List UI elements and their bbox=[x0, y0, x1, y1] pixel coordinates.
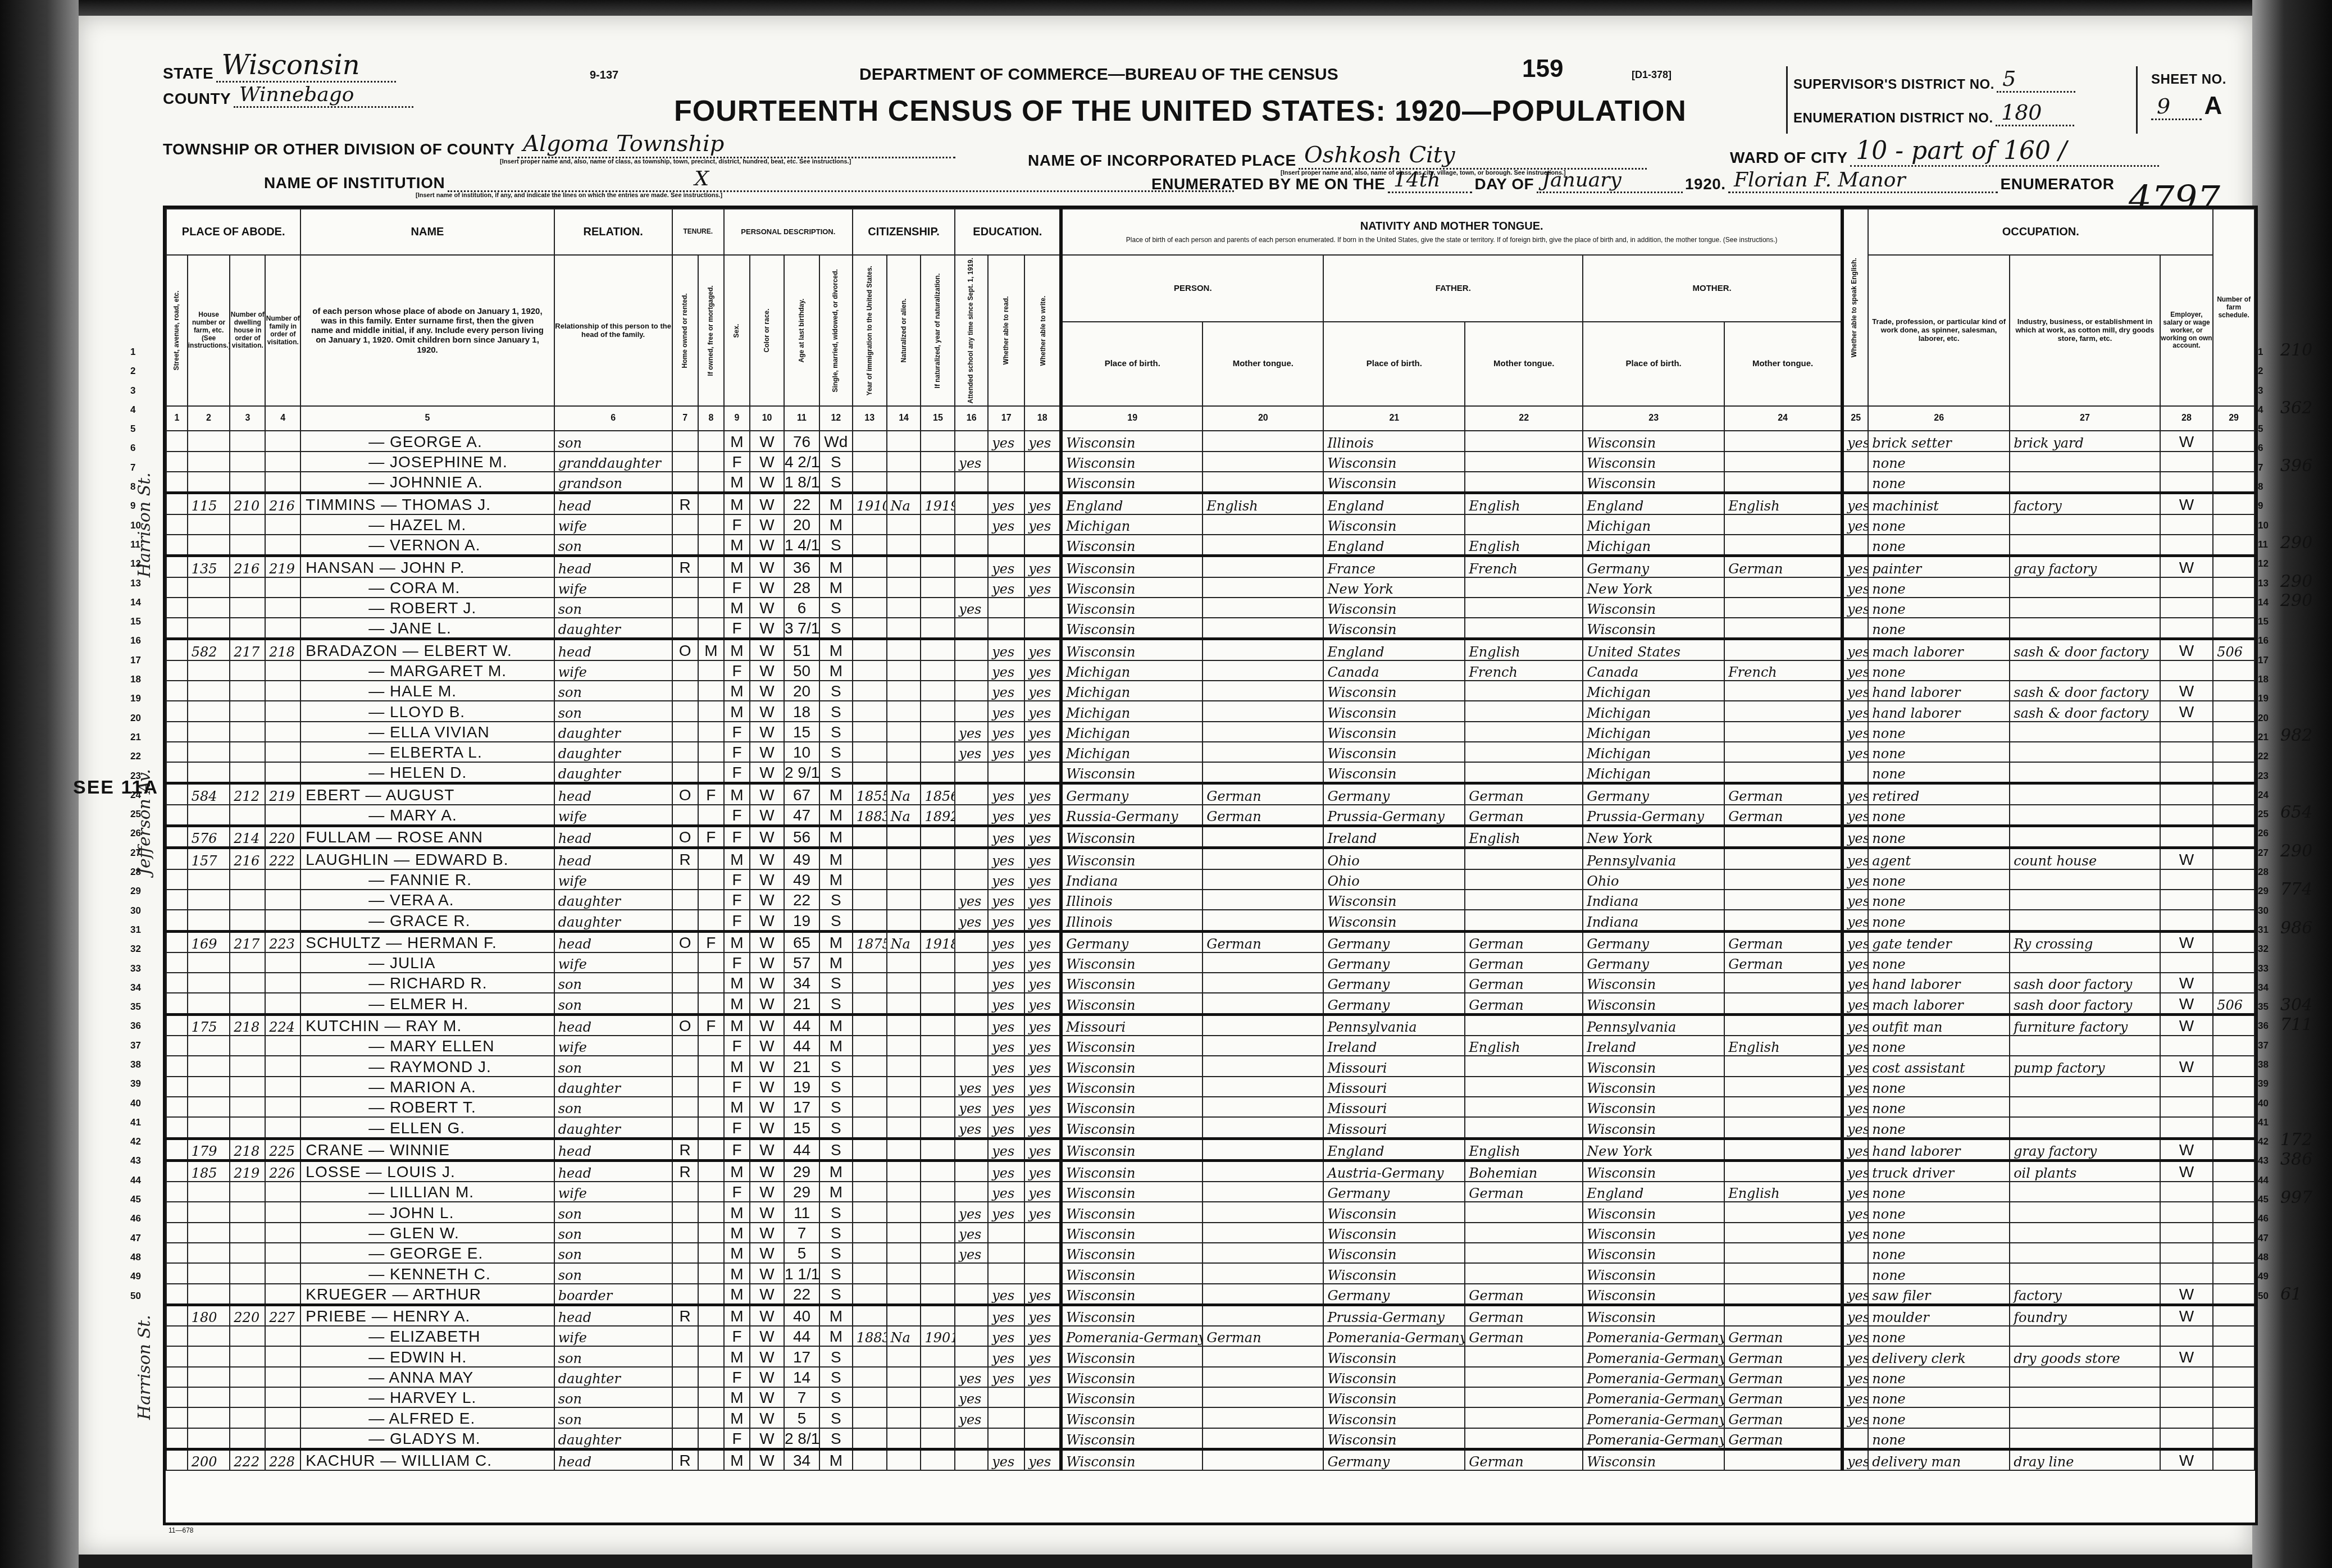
cell-marital: S bbox=[819, 1428, 853, 1450]
cell-dwelling: 222 bbox=[230, 1449, 265, 1470]
cell-farm bbox=[2213, 598, 2254, 618]
cell-sex: M bbox=[724, 1346, 750, 1366]
cell-f-tongue bbox=[1465, 762, 1583, 783]
cell-name: KRUEGER — ARTHUR bbox=[300, 1284, 554, 1305]
cell-f-tongue bbox=[1465, 1097, 1583, 1117]
line-number: 8 bbox=[2258, 477, 2269, 496]
cell-immig bbox=[853, 890, 887, 910]
cell-race: W bbox=[750, 952, 784, 973]
cell-read bbox=[988, 1428, 1024, 1450]
table-row: — MARGARET M.wifeFW50MyesyesMichiganCana… bbox=[166, 660, 2254, 681]
cell-school bbox=[955, 1263, 988, 1283]
cell-write: yes bbox=[1024, 1367, 1061, 1387]
cell-marital: M bbox=[819, 1182, 853, 1202]
cell-trade: none bbox=[1868, 535, 2010, 556]
enumerator-name: Florian F. Manor bbox=[1728, 168, 1998, 193]
cell-race: W bbox=[750, 1202, 784, 1222]
cell-marital: S bbox=[819, 1077, 853, 1097]
cell-age: 44 bbox=[784, 1326, 819, 1346]
cell-street bbox=[166, 1160, 188, 1182]
cell-industry: furniture factory bbox=[2010, 1014, 2160, 1036]
cell-nat: Na bbox=[887, 1326, 921, 1346]
header-col-21: Place of birth. bbox=[1323, 322, 1465, 407]
cell-m-pob: New York bbox=[1583, 577, 1724, 598]
cell-sex: F bbox=[724, 1117, 750, 1138]
table-row: 180220227PRIEBE — HENRY A.headRMW40Myesy… bbox=[166, 1305, 2254, 1326]
cell-race: W bbox=[750, 1428, 784, 1450]
cell-street bbox=[166, 1326, 188, 1346]
cell-tongue bbox=[1203, 1182, 1323, 1202]
cell-relation: son bbox=[554, 1346, 672, 1366]
cell-nat bbox=[887, 1367, 921, 1387]
footer-code: 11—678 bbox=[168, 1526, 193, 1534]
cell-tenure: R bbox=[672, 1305, 698, 1326]
cell-age: 36 bbox=[784, 556, 819, 577]
cell-sex: M bbox=[724, 993, 750, 1014]
cell-industry bbox=[2010, 1326, 2160, 1346]
cell-class bbox=[2160, 1117, 2213, 1138]
cell-f-pob: Wisconsin bbox=[1323, 1387, 1465, 1407]
table-row: — HELEN D.daughterFW2 9/12SWisconsinWisc… bbox=[166, 762, 2254, 783]
cell-name: — MARION A. bbox=[300, 1077, 554, 1097]
table-row: 185219226LOSSE — LOUIS J.headRMW29Myesye… bbox=[166, 1160, 2254, 1182]
cell-immig bbox=[853, 556, 887, 577]
occupation-code: 774 bbox=[2280, 879, 2312, 899]
cell-name: — KENNETH C. bbox=[300, 1263, 554, 1283]
cell-race: W bbox=[750, 1367, 784, 1387]
cell-english: yes bbox=[1842, 848, 1868, 869]
cell-nat bbox=[887, 910, 921, 931]
cell-marital: S bbox=[819, 1387, 853, 1407]
cell-f-tongue bbox=[1465, 1014, 1583, 1036]
cell-mortgage: F bbox=[698, 783, 724, 805]
cell-industry bbox=[2010, 1077, 2160, 1097]
cell-school bbox=[955, 973, 988, 993]
header-citizenship: CITIZENSHIP. bbox=[853, 209, 955, 255]
line-number: 29 bbox=[2258, 882, 2269, 901]
cell-house bbox=[188, 1036, 230, 1056]
form-number: 9-137 bbox=[590, 69, 618, 82]
cell-pob: Wisconsin bbox=[1061, 1182, 1203, 1202]
cell-race: W bbox=[750, 931, 784, 952]
cell-school bbox=[955, 1138, 988, 1160]
cell-nat bbox=[887, 1243, 921, 1263]
table-row: — HAZEL M.wifeFW20MyesyesMichiganWiscons… bbox=[166, 514, 2254, 535]
cell-m-pob: Pennsylvania bbox=[1583, 848, 1724, 869]
cell-age: 15 bbox=[784, 1117, 819, 1138]
cell-nat bbox=[887, 618, 921, 639]
cell-farm bbox=[2213, 618, 2254, 639]
cell-tongue bbox=[1203, 952, 1323, 973]
header-name: NAME bbox=[300, 209, 554, 255]
cell-school: yes bbox=[955, 722, 988, 742]
cell-marital: M bbox=[819, 1014, 853, 1036]
cell-write: yes bbox=[1024, 660, 1061, 681]
cell-name: — EDWIN H. bbox=[300, 1346, 554, 1366]
cell-race: W bbox=[750, 1284, 784, 1305]
cell-read: yes bbox=[988, 952, 1024, 973]
cell-marital: M bbox=[819, 577, 853, 598]
cell-tenure bbox=[672, 514, 698, 535]
cell-english: yes bbox=[1842, 681, 1868, 701]
cell-nat bbox=[887, 514, 921, 535]
cell-sex: M bbox=[724, 535, 750, 556]
cell-read: yes bbox=[988, 1346, 1024, 1366]
cell-m-tongue bbox=[1724, 681, 1842, 701]
cell-write: yes bbox=[1024, 973, 1061, 993]
cell-name: KUTCHIN — RAY M. bbox=[300, 1014, 554, 1036]
cell-nat bbox=[887, 1182, 921, 1202]
cell-house bbox=[188, 1243, 230, 1263]
cell-f-pob: Wisconsin bbox=[1323, 910, 1465, 931]
cell-f-pob: Wisconsin bbox=[1323, 1202, 1465, 1222]
cell-tongue bbox=[1203, 514, 1323, 535]
cell-natyear bbox=[921, 618, 955, 639]
cell-farm bbox=[2213, 805, 2254, 826]
cell-m-pob: Wisconsin bbox=[1583, 452, 1724, 472]
cell-write: yes bbox=[1024, 869, 1061, 890]
cell-marital: M bbox=[819, 514, 853, 535]
cell-farm bbox=[2213, 556, 2254, 577]
cell-family: 218 bbox=[265, 639, 300, 660]
cell-natyear bbox=[921, 598, 955, 618]
cell-relation: wife bbox=[554, 1182, 672, 1202]
cell-marital: S bbox=[819, 472, 853, 493]
cell-street bbox=[166, 1305, 188, 1326]
cell-natyear bbox=[921, 1182, 955, 1202]
cell-school bbox=[955, 577, 988, 598]
cell-school: yes bbox=[955, 1117, 988, 1138]
cell-sex: M bbox=[724, 1305, 750, 1326]
header-col-22: Mother tongue. bbox=[1465, 322, 1583, 407]
cell-trade: none bbox=[1868, 1117, 2010, 1138]
line-number: 6 bbox=[2258, 439, 2269, 458]
header-col-25: Whether able to speak English. bbox=[1842, 209, 1868, 406]
line-number: 36 bbox=[2258, 1017, 2269, 1036]
cell-school bbox=[955, 618, 988, 639]
cell-name: KACHUR — WILLIAM C. bbox=[300, 1449, 554, 1470]
cell-f-tongue: English bbox=[1465, 826, 1583, 848]
cell-school bbox=[955, 1305, 988, 1326]
cell-farm bbox=[2213, 452, 2254, 472]
cell-tenure bbox=[672, 1202, 698, 1222]
cell-nat bbox=[887, 869, 921, 890]
cell-m-pob: Wisconsin bbox=[1583, 618, 1724, 639]
cell-class: W bbox=[2160, 1305, 2213, 1326]
cell-school bbox=[955, 514, 988, 535]
cell-m-tongue bbox=[1724, 1077, 1842, 1097]
cell-farm bbox=[2213, 1284, 2254, 1305]
cell-natyear: 1918 bbox=[921, 931, 955, 952]
cell-natyear bbox=[921, 1097, 955, 1117]
cell-m-pob: Wisconsin bbox=[1583, 1202, 1724, 1222]
cell-tongue bbox=[1203, 848, 1323, 869]
cell-race: W bbox=[750, 1036, 784, 1056]
occupation-code: 997 bbox=[2280, 1188, 2312, 1207]
cell-write: yes bbox=[1024, 1202, 1061, 1222]
cell-relation: daughter bbox=[554, 1367, 672, 1387]
cell-age: 10 bbox=[784, 742, 819, 762]
cell-m-tongue: German bbox=[1724, 1428, 1842, 1450]
cell-f-tongue: German bbox=[1465, 931, 1583, 952]
cell-class: W bbox=[2160, 681, 2213, 701]
cell-dwelling: 216 bbox=[230, 848, 265, 869]
cell-m-tongue: English bbox=[1724, 493, 1842, 514]
institution-field: NAME OF INSTITUTION X [Insert name of in… bbox=[264, 167, 1234, 199]
cell-immig bbox=[853, 1182, 887, 1202]
cell-street bbox=[166, 805, 188, 826]
cell-class: W bbox=[2160, 1160, 2213, 1182]
cell-f-pob: Wisconsin bbox=[1323, 1243, 1465, 1263]
cell-immig bbox=[853, 1449, 887, 1470]
cell-trade: brick setter bbox=[1868, 431, 2010, 451]
column-number: 7 bbox=[672, 406, 698, 431]
cell-nat bbox=[887, 1449, 921, 1470]
incorporated-label: NAME OF INCORPORATED PLACE bbox=[1028, 152, 1296, 169]
cell-m-pob: Ireland bbox=[1583, 1036, 1724, 1056]
cell-dwelling bbox=[230, 910, 265, 931]
cell-family bbox=[265, 1367, 300, 1387]
cell-dwelling bbox=[230, 618, 265, 639]
cell-age: 29 bbox=[784, 1160, 819, 1182]
line-number: 1 bbox=[130, 343, 141, 362]
cell-age: 7 bbox=[784, 1223, 819, 1243]
cell-m-pob: England bbox=[1583, 1182, 1724, 1202]
cell-f-tongue bbox=[1465, 701, 1583, 721]
cell-industry bbox=[2010, 742, 2160, 762]
line-number: 13 bbox=[2258, 574, 2269, 593]
table-row: — MARION A.daughterFW19SyesyesyesWiscons… bbox=[166, 1077, 2254, 1097]
cell-race: W bbox=[750, 701, 784, 721]
cell-relation: grandson bbox=[554, 472, 672, 493]
cell-street bbox=[166, 701, 188, 721]
cell-name: — ALFRED E. bbox=[300, 1407, 554, 1428]
occupation-code: 982 bbox=[2280, 726, 2312, 745]
cell-immig bbox=[853, 1243, 887, 1263]
line-number: 33 bbox=[130, 959, 141, 978]
cell-nat bbox=[887, 577, 921, 598]
cell-street bbox=[166, 1284, 188, 1305]
cell-school bbox=[955, 869, 988, 890]
header-tenure: TENURE. bbox=[672, 209, 724, 255]
cell-school bbox=[955, 660, 988, 681]
cell-nat: Na bbox=[887, 805, 921, 826]
cell-family bbox=[265, 762, 300, 783]
cell-relation: daughter bbox=[554, 722, 672, 742]
cell-f-tongue bbox=[1465, 577, 1583, 598]
table-row: — FANNIE R.wifeFW49MyesyesIndianaOhioOhi… bbox=[166, 869, 2254, 890]
cell-trade: hand laborer bbox=[1868, 973, 2010, 993]
cell-m-pob: Pennsylvania bbox=[1583, 1014, 1724, 1036]
cell-class bbox=[2160, 452, 2213, 472]
cell-school: yes bbox=[955, 1097, 988, 1117]
cell-m-pob: Wisconsin bbox=[1583, 1223, 1724, 1243]
cell-m-pob: Wisconsin bbox=[1583, 1097, 1724, 1117]
cell-dwelling: 217 bbox=[230, 639, 265, 660]
cell-english: yes bbox=[1842, 931, 1868, 952]
cell-industry bbox=[2010, 1407, 2160, 1428]
cell-m-tongue bbox=[1724, 826, 1842, 848]
cell-m-pob: Canada bbox=[1583, 660, 1724, 681]
cell-f-pob: Missouri bbox=[1323, 1056, 1465, 1076]
cell-natyear bbox=[921, 1138, 955, 1160]
table-row: — JANE L.daughterFW3 7/12SWisconsinWisco… bbox=[166, 618, 2254, 639]
cell-family bbox=[265, 1223, 300, 1243]
cell-immig bbox=[853, 1160, 887, 1182]
cell-sex: F bbox=[724, 1036, 750, 1056]
cell-english: yes bbox=[1842, 993, 1868, 1014]
cell-family bbox=[265, 973, 300, 993]
cell-trade: agent bbox=[1868, 848, 2010, 869]
cell-m-tongue: English bbox=[1724, 1036, 1842, 1056]
cell-sex: M bbox=[724, 1223, 750, 1243]
cell-f-tongue: German bbox=[1465, 805, 1583, 826]
cell-immig bbox=[853, 973, 887, 993]
cell-class bbox=[2160, 1182, 2213, 1202]
cell-farm bbox=[2213, 1387, 2254, 1407]
cell-f-pob: Wisconsin bbox=[1323, 722, 1465, 742]
cell-class: W bbox=[2160, 1014, 2213, 1036]
cell-marital: M bbox=[819, 805, 853, 826]
census-title: FOURTEENTH CENSUS OF THE UNITED STATES: … bbox=[674, 94, 1687, 128]
cell-street bbox=[166, 993, 188, 1014]
cell-write: yes bbox=[1024, 1014, 1061, 1036]
table-row: — MARY A.wifeFW47M1883Na1892yesyesRussia… bbox=[166, 805, 2254, 826]
cell-school: yes bbox=[955, 742, 988, 762]
cell-family bbox=[265, 681, 300, 701]
cell-m-pob: Michigan bbox=[1583, 514, 1724, 535]
cell-nat bbox=[887, 762, 921, 783]
cell-farm bbox=[2213, 535, 2254, 556]
cell-immig bbox=[853, 1367, 887, 1387]
cell-street bbox=[166, 681, 188, 701]
cell-family: 216 bbox=[265, 493, 300, 514]
cell-street bbox=[166, 493, 188, 514]
cell-f-tongue bbox=[1465, 910, 1583, 931]
cell-tongue bbox=[1203, 973, 1323, 993]
cell-read: yes bbox=[988, 1182, 1024, 1202]
line-number: 25 bbox=[2258, 805, 2269, 824]
cell-english: yes bbox=[1842, 973, 1868, 993]
cell-english: yes bbox=[1842, 805, 1868, 826]
cell-family bbox=[265, 1097, 300, 1117]
cell-f-pob: Germany bbox=[1323, 973, 1465, 993]
cell-m-tongue bbox=[1724, 1223, 1842, 1243]
cell-sex: M bbox=[724, 848, 750, 869]
cell-class bbox=[2160, 910, 2213, 931]
cell-mortgage bbox=[698, 1056, 724, 1076]
cell-age: 1 8/12 bbox=[784, 472, 819, 493]
cell-trade: gate tender bbox=[1868, 931, 2010, 952]
cell-tenure bbox=[672, 1036, 698, 1056]
cell-immig bbox=[853, 742, 887, 762]
cell-read: yes bbox=[988, 514, 1024, 535]
cell-mortgage bbox=[698, 848, 724, 869]
cell-mortgage bbox=[698, 805, 724, 826]
cell-relation: head bbox=[554, 493, 672, 514]
cell-pob: Wisconsin bbox=[1061, 431, 1203, 451]
cell-race: W bbox=[750, 598, 784, 618]
cell-industry: factory bbox=[2010, 1284, 2160, 1305]
cell-nat bbox=[887, 639, 921, 660]
cell-farm bbox=[2213, 472, 2254, 493]
year-label: 1920. bbox=[1685, 175, 1726, 193]
cell-write: yes bbox=[1024, 431, 1061, 451]
cell-street bbox=[166, 556, 188, 577]
cell-read: yes bbox=[988, 660, 1024, 681]
cell-pob: Wisconsin bbox=[1061, 1036, 1203, 1056]
cell-write: yes bbox=[1024, 1077, 1061, 1097]
institution-note: [Insert name of institution, if any, and… bbox=[416, 192, 1234, 199]
cell-write: yes bbox=[1024, 577, 1061, 598]
cell-name: PRIEBE — HENRY A. bbox=[300, 1305, 554, 1326]
cell-tenure bbox=[672, 618, 698, 639]
cell-industry bbox=[2010, 910, 2160, 931]
cell-family bbox=[265, 1284, 300, 1305]
cell-trade: none bbox=[1868, 952, 2010, 973]
cell-natyear bbox=[921, 1223, 955, 1243]
cell-farm bbox=[2213, 742, 2254, 762]
cell-farm bbox=[2213, 681, 2254, 701]
cell-f-tongue: German bbox=[1465, 1182, 1583, 1202]
cell-street bbox=[166, 848, 188, 869]
cell-m-tongue bbox=[1724, 701, 1842, 721]
cell-marital: S bbox=[819, 1243, 853, 1263]
cell-read: yes bbox=[988, 783, 1024, 805]
cell-pob: Wisconsin bbox=[1061, 556, 1203, 577]
cell-natyear bbox=[921, 639, 955, 660]
cell-class: W bbox=[2160, 1346, 2213, 1366]
cell-immig bbox=[853, 639, 887, 660]
cell-tongue bbox=[1203, 1346, 1323, 1366]
cell-class bbox=[2160, 742, 2213, 762]
cell-mortgage bbox=[698, 1326, 724, 1346]
street-name-margin-3: Harrison St. bbox=[135, 1105, 154, 1420]
occupation-code: 986 bbox=[2280, 918, 2312, 938]
cell-read: yes bbox=[988, 1036, 1024, 1056]
cell-mortgage bbox=[698, 701, 724, 721]
cell-family: 225 bbox=[265, 1138, 300, 1160]
cell-read: yes bbox=[988, 931, 1024, 952]
cell-age: 44 bbox=[784, 1014, 819, 1036]
cell-marital: M bbox=[819, 1326, 853, 1346]
cell-class bbox=[2160, 1387, 2213, 1407]
cell-house bbox=[188, 1263, 230, 1283]
cell-natyear: 1919 bbox=[921, 493, 955, 514]
cell-mortgage bbox=[698, 1036, 724, 1056]
cell-mortgage bbox=[698, 1367, 724, 1387]
cell-f-tongue: German bbox=[1465, 952, 1583, 973]
cell-trade: none bbox=[1868, 452, 2010, 472]
cell-age: 18 bbox=[784, 701, 819, 721]
cell-f-tongue: German bbox=[1465, 1326, 1583, 1346]
cell-f-pob: Ireland bbox=[1323, 1036, 1465, 1056]
cell-family bbox=[265, 869, 300, 890]
cell-pob: Wisconsin bbox=[1061, 1056, 1203, 1076]
cell-mortgage bbox=[698, 1138, 724, 1160]
cell-class bbox=[2160, 1428, 2213, 1450]
column-number: 12 bbox=[819, 406, 853, 431]
cell-street bbox=[166, 577, 188, 598]
cell-natyear bbox=[921, 1036, 955, 1056]
cell-f-tongue bbox=[1465, 742, 1583, 762]
cell-race: W bbox=[750, 1160, 784, 1182]
cell-natyear bbox=[921, 1305, 955, 1326]
line-number: 4 bbox=[2258, 400, 2269, 420]
cell-write bbox=[1024, 535, 1061, 556]
cell-age: 22 bbox=[784, 493, 819, 514]
cell-relation: head bbox=[554, 1138, 672, 1160]
